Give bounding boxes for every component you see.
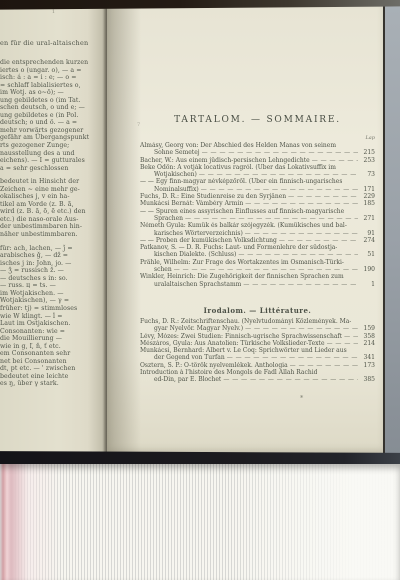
left-page-line-text: für: ach, lachen, — ǰ = — [0, 245, 73, 252]
literature-entry-line: der Gegend von Turfan 341 — [140, 354, 375, 361]
toc-entry-text: Winkler, Heinrich: Die Zugehörigkeit der… — [140, 273, 344, 280]
toc-entry-text: karisches Wörterverzeichnis) — [154, 230, 243, 237]
left-page-line: wird (z. B. ã, õ, ẽ etc.) den — [0, 208, 107, 216]
left-page-line: im Wotj. as o~ō); — — [0, 89, 107, 97]
left-page-line-text: net bei Consonanten — [0, 358, 67, 365]
toc-entry-text: Sohne Semetej — [154, 149, 200, 156]
left-page-line: a = sehr geschlossen — [0, 165, 107, 173]
left-page-line-text: früher: tj) = stimmloses — [0, 305, 77, 312]
left-page-line: Laut im Ostjakischen. — [0, 320, 107, 328]
left-page-line-text: — deutsches s in: so. — [0, 275, 68, 282]
toc-title: TARTALOM. — SOMMAIRE. — [140, 115, 375, 126]
left-page-line-text: im Wotjakischen. — — [0, 290, 64, 297]
left-page-line-text: etc.) die naso-orale Aus- — [0, 216, 78, 223]
toc-entry-text: — — Spuren eines assyrischen Einflusses … — [140, 208, 344, 215]
toc-entry-page-number: 91 — [360, 230, 375, 237]
left-page-line: der unbestimmbaren hin- — [0, 223, 107, 231]
left-page-line: = schlaff labialisiertes o, — [0, 82, 107, 90]
left-page-content: 1 en für die ural-altaischen die entspre… — [0, 6, 107, 454]
left-page-line-text: Wotjakischen), — γ = — [0, 297, 69, 304]
left-page-line-text: — ǯ = russisch ž. — — [0, 267, 64, 274]
toc-entry-line: schen 190 — [140, 266, 375, 273]
left-page-line-text: — russ. ц = ts. — — [0, 282, 56, 289]
toc-entry-line: Bacher, W.: Aus einem jüdisch-persischen… — [140, 157, 375, 164]
left-page-line-text: im Wotj. as o~ō); — — [0, 89, 64, 96]
literature-entry-line: Munkácsi, Bernhard: Albert v. Le Coq: Sp… — [140, 347, 375, 354]
toc-entry-text: — — Egy finn-magyar névképzőről. (Über e… — [140, 178, 342, 185]
left-page-line-text: eichens). — I = gutturales — [0, 157, 85, 164]
paper-speck: – — [163, 150, 166, 156]
page-column-label: Lap — [140, 135, 375, 141]
dot-leader — [288, 193, 358, 200]
toc-entry-line: Fuchs, D. R.: Eine Studienreise zu den S… — [140, 193, 375, 200]
dot-leader — [344, 333, 358, 340]
toc-entry-text: Beke Ödön: A votják locativus ragról. (Ü… — [140, 164, 336, 171]
dot-leader — [243, 281, 358, 288]
left-page-line: gefähr am Übergangspunkt — [0, 134, 107, 142]
literature-entry-line: Mészáros, Gyula: Aus Anatolien: Türkisch… — [140, 340, 375, 347]
toc-entry-text: schen — [154, 266, 172, 273]
left-page-line-text: rts gezogener Zunge; — [0, 142, 69, 149]
toc-entry-line: Wotjakischen) 73 — [140, 171, 375, 178]
literature-entry-text: Fuchs, D. R.: Zeitschriftenschau. (Nyelv… — [140, 318, 351, 325]
left-page-line-text: wird (z. B. ã, õ, ẽ etc.) den — [0, 208, 86, 215]
toc-entry-text: Patkanov, S. — D. R. Fuchs: Laut- und Fo… — [140, 244, 337, 251]
literature-entry-page-number: 214 — [360, 340, 375, 347]
dot-leader — [201, 186, 358, 193]
left-page-line: die Mouillierung — — [0, 335, 107, 343]
left-page-line-text: bedeutet eine leichte — [0, 373, 68, 380]
left-page-line: nausstellung des a und — [0, 150, 107, 158]
left-page-running-header: en für die ural-altaischen — [0, 39, 107, 47]
dot-leader — [238, 251, 358, 258]
left-page-line: Consonanten: wie = — [0, 328, 107, 336]
toc-entry-line: Sohne Semetej 215 — [140, 149, 375, 156]
left-page-line: für: ach, lachen, — ǰ = — [0, 245, 107, 253]
left-page-line-text: wie in g, ľ, ň, ť etc. — [0, 343, 61, 350]
dot-leader — [245, 200, 358, 207]
toc-entry-text: Németh Gyula: Kumük és balkár szójegyzék… — [140, 222, 347, 229]
left-page-text-block: die entsprechenden kurzen iertes o (unga… — [0, 59, 107, 388]
left-page-line: okalisches j, v ein ha- — [0, 193, 107, 201]
left-page-line: dt, pt etc. — ' zwischen — [0, 365, 107, 373]
left-page-line: — deutsches s in: so. — [0, 275, 107, 283]
toc-entry-text: Nominalsuffix) — [154, 186, 199, 193]
left-page-line-text: ung gebildetes e (in Pol. — [0, 112, 78, 119]
literature-entry-text: Osztern, S. P.: Ó-török nyelvemlékek. An… — [140, 362, 288, 369]
footnote-asterisk: * — [140, 394, 375, 402]
dot-leader — [199, 171, 358, 178]
toc-entry-page-number: 171 — [360, 186, 375, 193]
left-page-line: — russ. ц = ts. — — [0, 282, 107, 290]
literature-entry-text: der Gegend von Turfan — [154, 354, 225, 361]
toc-entry-line: Prähle, Wilhelm: Zur Frage des Wortakzen… — [140, 259, 375, 266]
book-cover-right-edge — [383, 3, 400, 455]
literature-entry-text: Lévy, Mózes: Zwei Studien: Finnisch-ugri… — [140, 333, 342, 340]
toc-entry-page-number: 1 — [360, 281, 375, 288]
literature-entry-text: gyar Nyelvőr. Magyar Nyelv.) — [154, 325, 243, 332]
toc-entry-line: Munkácsi Bernát: Vámbéry Ármin 185 — [140, 200, 375, 207]
left-page-line: schen deutsch, o und e; — — [0, 104, 107, 112]
left-page-line: ung gebildetes e (in Pol. — [0, 112, 107, 120]
left-page-line: früher: tj) = stimmloses — [0, 305, 107, 313]
left-page-line: isch: á : a = i : e; — o = — [0, 74, 107, 82]
toc-entry-page-number: 73 — [360, 171, 375, 178]
literature-entry-line: Osztern, S. P.: Ó-török nyelvemlékek. An… — [140, 362, 375, 369]
dot-leader — [245, 325, 358, 332]
toc-entry-line: Nominalsuffix) 171 — [140, 186, 375, 193]
left-page-line: näher unbestimmbaren. — [0, 231, 107, 239]
dot-leader — [312, 157, 358, 164]
left-page-line-text: = schlaff labialisiertes o, — [0, 82, 81, 89]
left-page-line: wie W klingt. — ĺ = — [0, 313, 107, 321]
toc-entry-page-number: 215 — [360, 149, 375, 156]
literature-entry-line: gyar Nyelvőr. Magyar Nyelv.) 159 — [140, 325, 375, 332]
literature-entry-page-number: 159 — [360, 325, 375, 332]
left-page-line: iertes o (ungar. o), — a = — [0, 67, 107, 75]
literature-section-title: Irodalom. — Littérature. — [140, 306, 375, 315]
toc-entry-line: Németh Gyula: Kumük és balkár szójegyzék… — [140, 222, 375, 229]
left-page-line: tikel am Vorde (z. B. ã, — [0, 201, 107, 209]
dot-leader — [245, 230, 358, 237]
literature-entry-page-number: 341 — [360, 354, 375, 361]
toc-entry-page-number: 185 — [360, 200, 375, 207]
toc-entry-text: uralaltaischen Sprachstamm — [154, 281, 241, 288]
left-page-line: isches j in: John, jo. — — [0, 260, 107, 268]
toc-entry-line: — — Proben der kumükischen Volksdichtung… — [140, 237, 375, 244]
left-page-line-text: iertes o (ungar. o), — a = — [0, 67, 82, 74]
left-page-line: deutsch; o und ö. — a = — [0, 119, 107, 127]
left-page-line: — ǯ = russisch ž. — — [0, 267, 107, 275]
left-page-line-text: deutsch; o und ö. — a = — [0, 119, 77, 126]
literature-entry-list: Fuchs, D. R.: Zeitschriftenschau. (Nyelv… — [140, 318, 375, 384]
dot-leader — [227, 354, 358, 361]
literature-entry-text: Introduction à l'histoire des Mongols de… — [140, 369, 317, 376]
left-page-line-text: es ŋ, über γ stark. — [0, 380, 59, 387]
left-page-line-text: isches j in: John, jo. — — [0, 260, 71, 267]
left-page-line-text: mehr vorwärts gezogener — [0, 127, 83, 134]
left-page-line: Wotjakischen), — γ = — [0, 297, 107, 305]
left-page-line: bedeutet in Hinsicht der — [0, 178, 107, 186]
dot-leader — [223, 376, 358, 383]
left-page-line: etc.) die naso-orale Aus- — [0, 216, 107, 224]
left-page-line-text: gefähr am Übergangspunkt — [0, 134, 89, 141]
toc-entry-list: Almásy, Georg von: Der Abschied des Held… — [140, 142, 375, 288]
left-page-line-text: bedeutet in Hinsicht der — [0, 178, 79, 185]
literature-entry-page-number: 385 — [360, 376, 375, 383]
toc-entry-line: Almásy, Georg von: Der Abschied des Held… — [140, 142, 375, 149]
literature-entry-text: Munkácsi, Bernhard: Albert v. Le Coq: Sp… — [140, 347, 347, 354]
left-page-line: eichens). — I = gutturales — [0, 157, 107, 165]
toc-entry-page-number: 253 — [360, 157, 375, 164]
left-page-line: mehr vorwärts gezogener — [0, 127, 107, 135]
toc-entry-line: Winkler, Heinrich: Die Zugehörigkeit der… — [140, 273, 375, 280]
left-page-line: rts gezogener Zunge; — [0, 142, 107, 150]
left-page-line-text: ung gebildetes o (im Tat. — [0, 97, 81, 104]
literature-entry-line: Lévy, Mózes: Zwei Studien: Finnisch-ugri… — [140, 333, 375, 340]
left-page-line-text: nausstellung des a und — [0, 150, 75, 157]
dot-leader — [202, 149, 358, 156]
left-page-line-text: arabisches ǧ, — ǆ = — [0, 252, 68, 259]
left-page-line-text: dt, pt etc. — ' zwischen — [0, 365, 75, 372]
left-page-line-text: Consonanten: wie = — [0, 328, 65, 335]
left-page-line-text: wie W klingt. — ĺ = — [0, 313, 63, 320]
toc-entry-line: kischen Dialekte. (Schluss) 51 — [140, 251, 375, 258]
toc-entry-page-number: 271 — [360, 215, 375, 222]
toc-entry-text: kischen Dialekte. (Schluss) — [154, 251, 236, 258]
left-page-line-text: schen deutsch, o und e; — — [0, 104, 85, 111]
toc-entry-text: Fuchs, D. R.: Eine Studienreise zu den S… — [140, 193, 286, 200]
toc-entry-line: Patkanov, S. — D. R. Fuchs: Laut- und Fo… — [140, 244, 375, 251]
left-page-line-text: tikel am Vorde (z. B. ã, — [0, 201, 74, 208]
toc-entry-page-number: 190 — [360, 266, 375, 273]
left-page-line: net bei Consonanten — [0, 358, 107, 366]
left-page: 1 en für die ural-altaischen die entspre… — [0, 6, 107, 454]
left-page-line: es ŋ, über γ stark. — [0, 380, 107, 388]
toc-entry-text: Almásy, Georg von: Der Abschied des Held… — [140, 142, 336, 149]
toc-entry-line: uralaltaischen Sprachstamm 1 — [140, 281, 375, 288]
page-block-fore-edge — [0, 464, 400, 580]
toc-entry-page-number: 229 — [360, 193, 375, 200]
toc-entry-text: — — Proben der kumükischen Volksdichtung — [140, 237, 277, 244]
toc-entry-line: — — Egy finn-magyar névképzőről. (Über e… — [140, 178, 375, 185]
left-page-line-text: okalisches j, v ein ha- — [0, 193, 70, 200]
toc-entry-line: Sprachen 271 — [140, 215, 375, 222]
toc-entry-line: karisches Wörterverzeichnis) 91 — [140, 230, 375, 237]
book-photo: 1 en für die ural-altaischen die entspre… — [0, 0, 400, 580]
literature-entry-line: Fuchs, D. R.: Zeitschriftenschau. (Nyelv… — [140, 318, 375, 325]
left-page-line: em Consonanten sehr — [0, 350, 107, 358]
toc-entry-line: Beke Ödön: A votják locativus ragról. (Ü… — [140, 164, 375, 171]
toc-entry-text: Prähle, Wilhelm: Zur Frage des Wortakzen… — [140, 259, 344, 266]
left-page-line-text: näher unbestimmbaren. — [0, 231, 78, 238]
left-page-line-text: isch: á : a = i : e; — o = — [0, 74, 77, 81]
left-page-line-text: die entsprechenden kurzen — [0, 59, 88, 66]
toc-entry-line: — — Spuren eines assyrischen Einflusses … — [140, 208, 375, 215]
left-page-line-text: Zeichen ~ eine mehr ge- — [0, 186, 80, 193]
toc-entry-page-number: 274 — [360, 237, 375, 244]
page-top-mark: 7 — [137, 122, 140, 128]
dot-leader — [174, 266, 358, 273]
toc-entry-text: Sprachen — [154, 215, 183, 222]
left-page-line-text: a = sehr geschlossen — [0, 165, 69, 172]
left-page-line-text: der unbestimmbaren hin- — [0, 223, 82, 230]
toc-entry-text: Bacher, W.: Aus einem jüdisch-persischen… — [140, 157, 310, 164]
left-page-line-text: em Consonanten sehr — [0, 350, 70, 357]
contents-page: 7 – TARTALOM. — SOMMAIRE. Lap Almásy, Ge… — [107, 6, 384, 454]
literature-entry-page-number: 173 — [360, 362, 375, 369]
left-page-line-text: die Mouillierung — — [0, 335, 62, 342]
left-page-line: wie in g, ľ, ň, ť etc. — [0, 343, 107, 351]
literature-entry-page-number: 358 — [360, 333, 375, 340]
left-page-line: Zeichen ~ eine mehr ge- — [0, 186, 107, 194]
dot-leader — [290, 362, 358, 369]
toc-entry-text: Munkácsi Bernát: Vámbéry Ármin — [140, 200, 243, 207]
dot-leader — [185, 215, 358, 222]
left-page-line-text: Laut im Ostjakischen. — [0, 320, 70, 327]
dot-leader — [327, 340, 359, 347]
toc-entry-page-number: 51 — [360, 251, 375, 258]
left-page-line: arabisches ǧ, — ǆ = — [0, 252, 107, 260]
literature-entry-text: ed-Din, par E. Blochet — [154, 376, 221, 383]
left-page-line: die entsprechenden kurzen — [0, 59, 107, 67]
literature-entry-line: Introduction à l'histoire des Mongols de… — [140, 369, 375, 376]
left-page-line: im Wotjakischen. — — [0, 290, 107, 298]
left-page-line: bedeutet eine leichte — [0, 373, 107, 381]
toc-entry-text: Wotjakischen) — [154, 171, 197, 178]
literature-entry-line: ed-Din, par E. Blochet 385 — [140, 376, 375, 383]
dot-leader — [279, 237, 358, 244]
left-page-line: ung gebildetes o (im Tat. — [0, 97, 107, 105]
literature-entry-text: Mészáros, Gyula: Aus Anatolien: Türkisch… — [140, 340, 325, 347]
